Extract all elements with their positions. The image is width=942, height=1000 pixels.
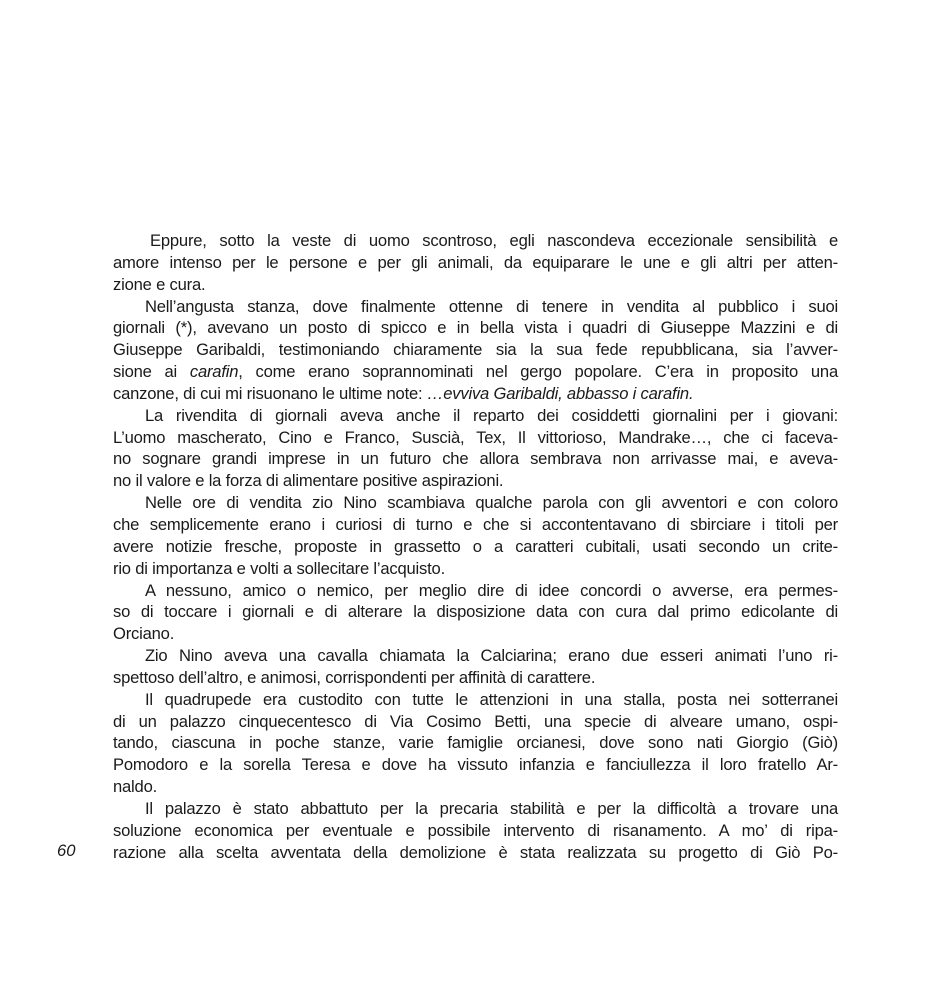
page-number: 60 (57, 841, 75, 861)
text-line: Giuseppe Garibaldi, testimoniando chiara… (113, 339, 838, 361)
text-line: Nell’angusta stanza, dove finalmente ott… (113, 296, 838, 318)
text-line: A nessuno, amico o nemico, per meglio di… (113, 580, 838, 602)
text-line: L’uomo mascherato, Cino e Franco, Suscià… (113, 427, 838, 449)
text-line: Zio Nino aveva una cavalla chiamata la C… (113, 645, 838, 667)
text-line: avere notizie fresche, proposte in grass… (113, 536, 838, 558)
text-line: razione alla scelta avventata della demo… (113, 842, 838, 864)
text-line: sione ai carafin, come erano soprannomin… (113, 361, 838, 383)
text-line: zione e cura. (113, 274, 838, 296)
text-line: soluzione economica per eventuale e poss… (113, 820, 838, 842)
text-segment: canzone, di cui mi risuonano le ultime n… (113, 384, 427, 403)
text-line: tando, ciascuna in poche stanze, varie f… (113, 732, 838, 754)
text-line: Il quadrupede era custodito con tutte le… (113, 689, 838, 711)
text-line: amore intenso per le persone e per gli a… (113, 252, 838, 274)
text-line: giornali (*), avevano un posto di spicco… (113, 317, 838, 339)
text-line: no sognare grandi imprese in un futuro c… (113, 448, 838, 470)
text-line: Il palazzo è stato abbattuto per la prec… (113, 798, 838, 820)
text-line: naldo. (113, 776, 838, 798)
text-line: che semplicemente erano i curiosi di tur… (113, 514, 838, 536)
text-segment: sione ai (113, 362, 190, 381)
text-segment: , come erano soprannominati nel gergo po… (238, 362, 838, 381)
italic-quote: …evviva Garibaldi, abbasso i carafin. (427, 384, 694, 403)
text-line: Nelle ore di vendita zio Nino scambiava … (113, 492, 838, 514)
body-text: Eppure, sotto la veste di uomo scontroso… (113, 230, 838, 863)
text-line: no il valore e la forza di alimentare po… (113, 470, 838, 492)
text-line: so di toccare i giornali e di alterare l… (113, 601, 838, 623)
italic-term: carafin (190, 362, 238, 381)
text-line: Pomodoro e la sorella Teresa e dove ha v… (113, 754, 838, 776)
text-line: canzone, di cui mi risuonano le ultime n… (113, 383, 838, 405)
text-line: di un palazzo cinquecentesco di Via Cosi… (113, 711, 838, 733)
text-line: spettoso dell’altro, e animosi, corrispo… (113, 667, 838, 689)
text-line: La rivendita di giornali aveva anche il … (113, 405, 838, 427)
text-line: Eppure, sotto la veste di uomo scontroso… (113, 230, 838, 252)
document-page: Eppure, sotto la veste di uomo scontroso… (0, 0, 942, 1000)
text-line: Orciano. (113, 623, 838, 645)
text-line: rio di importanza e volti a sollecitare … (113, 558, 838, 580)
